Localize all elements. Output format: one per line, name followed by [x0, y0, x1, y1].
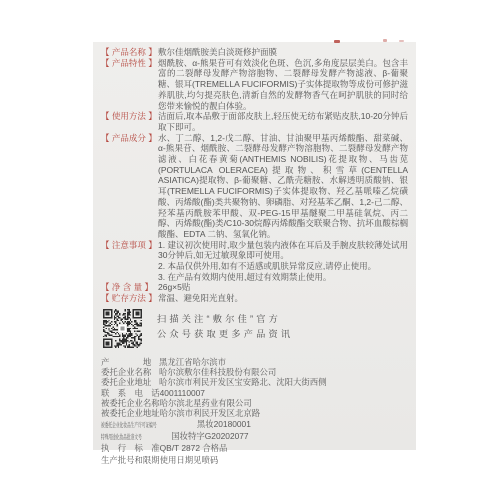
section-label: 【 产品成分 】 — [101, 133, 158, 240]
product-box-back-panel: 【 产品名称 】 敷尔佳烟酰胺美白淡斑修护面膜 【 产品特性 】 烟酰胺、α-熊… — [93, 42, 416, 450]
info-row-special-approval: 特殊用途化妆品批准文号 国妆特字G20202077 — [101, 431, 408, 443]
section-text: 1. 建议初次使用时,取少量包装内液体在耳后及手腕皮肤较薄处试用30分钟后,如无… — [158, 240, 408, 283]
section-text: 水、丁二醇、1,2-戊二醇、甘油、甘油聚甲基丙烯酸酯、甜菜碱、α-熊果苷、烟酰胺… — [158, 133, 408, 240]
info-row-entrusting-name: 委托企业名称 哈尔滨敷尔佳科技股份有限公司 — [101, 367, 408, 377]
info-row-phone: 联 系 电 话 4001110007 — [101, 388, 408, 398]
section-usage: 【 使用方法 】 洁面后,取本品敷于面部皮肤上,轻压使无纺布紧贴皮肤,10-20… — [101, 111, 408, 132]
section-product-name: 【 产品名称 】 敷尔佳烟酰胺美白淡斑修护面膜 — [101, 47, 408, 58]
info-value: 哈尔滨敷尔佳科技股份有限公司 — [159, 367, 408, 377]
section-label: 【 注意事项 】 — [101, 240, 158, 283]
qr-captions: 扫描关注“敷尔佳”官方 公众号获取更多产品资讯 — [157, 312, 293, 343]
section-ingredients: 【 产品成分 】 水、丁二醇、1,2-戊二醇、甘油、甘油聚甲基丙烯酸酯、甜菜碱、… — [101, 133, 408, 240]
section-label: 【 贮存方法 】 — [101, 293, 158, 304]
info-label: 被委托企业名称 — [101, 398, 160, 408]
info-row-standard: 执 行 标 准 QB/T 2872 合格品 — [101, 443, 408, 453]
info-value: 4001110007 — [160, 388, 408, 398]
section-label: 【 产品名称 】 — [101, 47, 158, 58]
info-label: 联 系 电 话 — [101, 388, 160, 398]
section-cautions: 【 注意事项 】 1. 建议初次使用时,取少量包装内液体在耳后及手腕皮肤较薄处试… — [101, 240, 408, 283]
info-label: 委托企业地址 — [101, 377, 159, 387]
section-net-content: 【 净 含 量 】 26g×5贴 — [101, 282, 408, 293]
info-label: 特殊用途化妆品批准文号 — [101, 431, 171, 443]
section-text: 烟酰胺、α-熊果苷可有效淡化色斑、色沉,多角度层层美白。包含丰富的二裂酵母发酵产… — [158, 58, 408, 112]
info-label: 产 地 — [101, 357, 159, 367]
qr-caption-line2: 公众号获取更多产品资讯 — [157, 327, 293, 343]
info-value: 黑妆20180001 — [197, 419, 408, 431]
info-value: QB/T 2872 合格品 — [160, 443, 408, 453]
qr-code — [103, 309, 142, 348]
info-row-origin: 产 地 黑龙江省哈尔滨市 — [101, 357, 408, 367]
info-label: 被委托企业化妆品生产许可证编号 — [101, 419, 197, 431]
manufacturer-info: 产 地 黑龙江省哈尔滨市 委托企业名称 哈尔滨敷尔佳科技股份有限公司 委托企业地… — [101, 357, 408, 465]
batch-code-note: 生产批号和限期使用日期见喷码 — [101, 455, 408, 465]
section-text: 常温、避免阳光直射。 — [158, 293, 408, 304]
info-value: 哈尔滨市利民开发区北京路 — [160, 408, 408, 418]
info-row-production-license: 被委托企业化妆品生产许可证编号 黑妆20180001 — [101, 419, 408, 431]
info-label: 委托企业名称 — [101, 367, 159, 377]
info-value: 国妆特字G20202077 — [171, 431, 408, 443]
section-label: 【 使用方法 】 — [101, 111, 158, 132]
info-label: 执 行 标 准 — [101, 443, 160, 453]
info-value: 黑龙江省哈尔滨市 — [159, 357, 408, 367]
section-text: 洁面后,取本品敷于面部皮肤上,轻压使无纺布紧贴皮肤,10-20分钟后取下即可。 — [158, 111, 408, 132]
section-label: 【 产品特性 】 — [101, 58, 158, 112]
label-content: 【 产品名称 】 敷尔佳烟酰胺美白淡斑修护面膜 【 产品特性 】 烟酰胺、α-熊… — [93, 42, 416, 450]
info-value: 哈尔滨北星药业有限公司 — [160, 398, 408, 408]
section-storage: 【 贮存方法 】 常温、避免阳光直射。 — [101, 293, 408, 304]
info-row-entrusted-address: 被委托企业地址 哈尔滨市利民开发区北京路 — [101, 408, 408, 418]
section-text: 敷尔佳烟酰胺美白淡斑修护面膜 — [158, 47, 408, 58]
info-value: 哈尔滨市利民开发区宝安路北、沈阳大街西侧 — [159, 377, 408, 387]
info-row-entrusting-address: 委托企业地址 哈尔滨市利民开发区宝安路北、沈阳大街西侧 — [101, 377, 408, 387]
section-text: 26g×5贴 — [158, 282, 408, 293]
info-label: 被委托企业地址 — [101, 408, 160, 418]
section-product-features: 【 产品特性 】 烟酰胺、α-熊果苷可有效淡化色斑、色沉,多角度层层美白。包含丰… — [101, 58, 408, 112]
section-label: 【 净 含 量 】 — [101, 282, 158, 293]
info-row-entrusted-name: 被委托企业名称 哈尔滨北星药业有限公司 — [101, 398, 408, 408]
qr-caption-line1: 扫描关注“敷尔佳”官方 — [157, 312, 293, 328]
qr-block: 扫描关注“敷尔佳”官方 公众号获取更多产品资讯 — [101, 309, 408, 348]
